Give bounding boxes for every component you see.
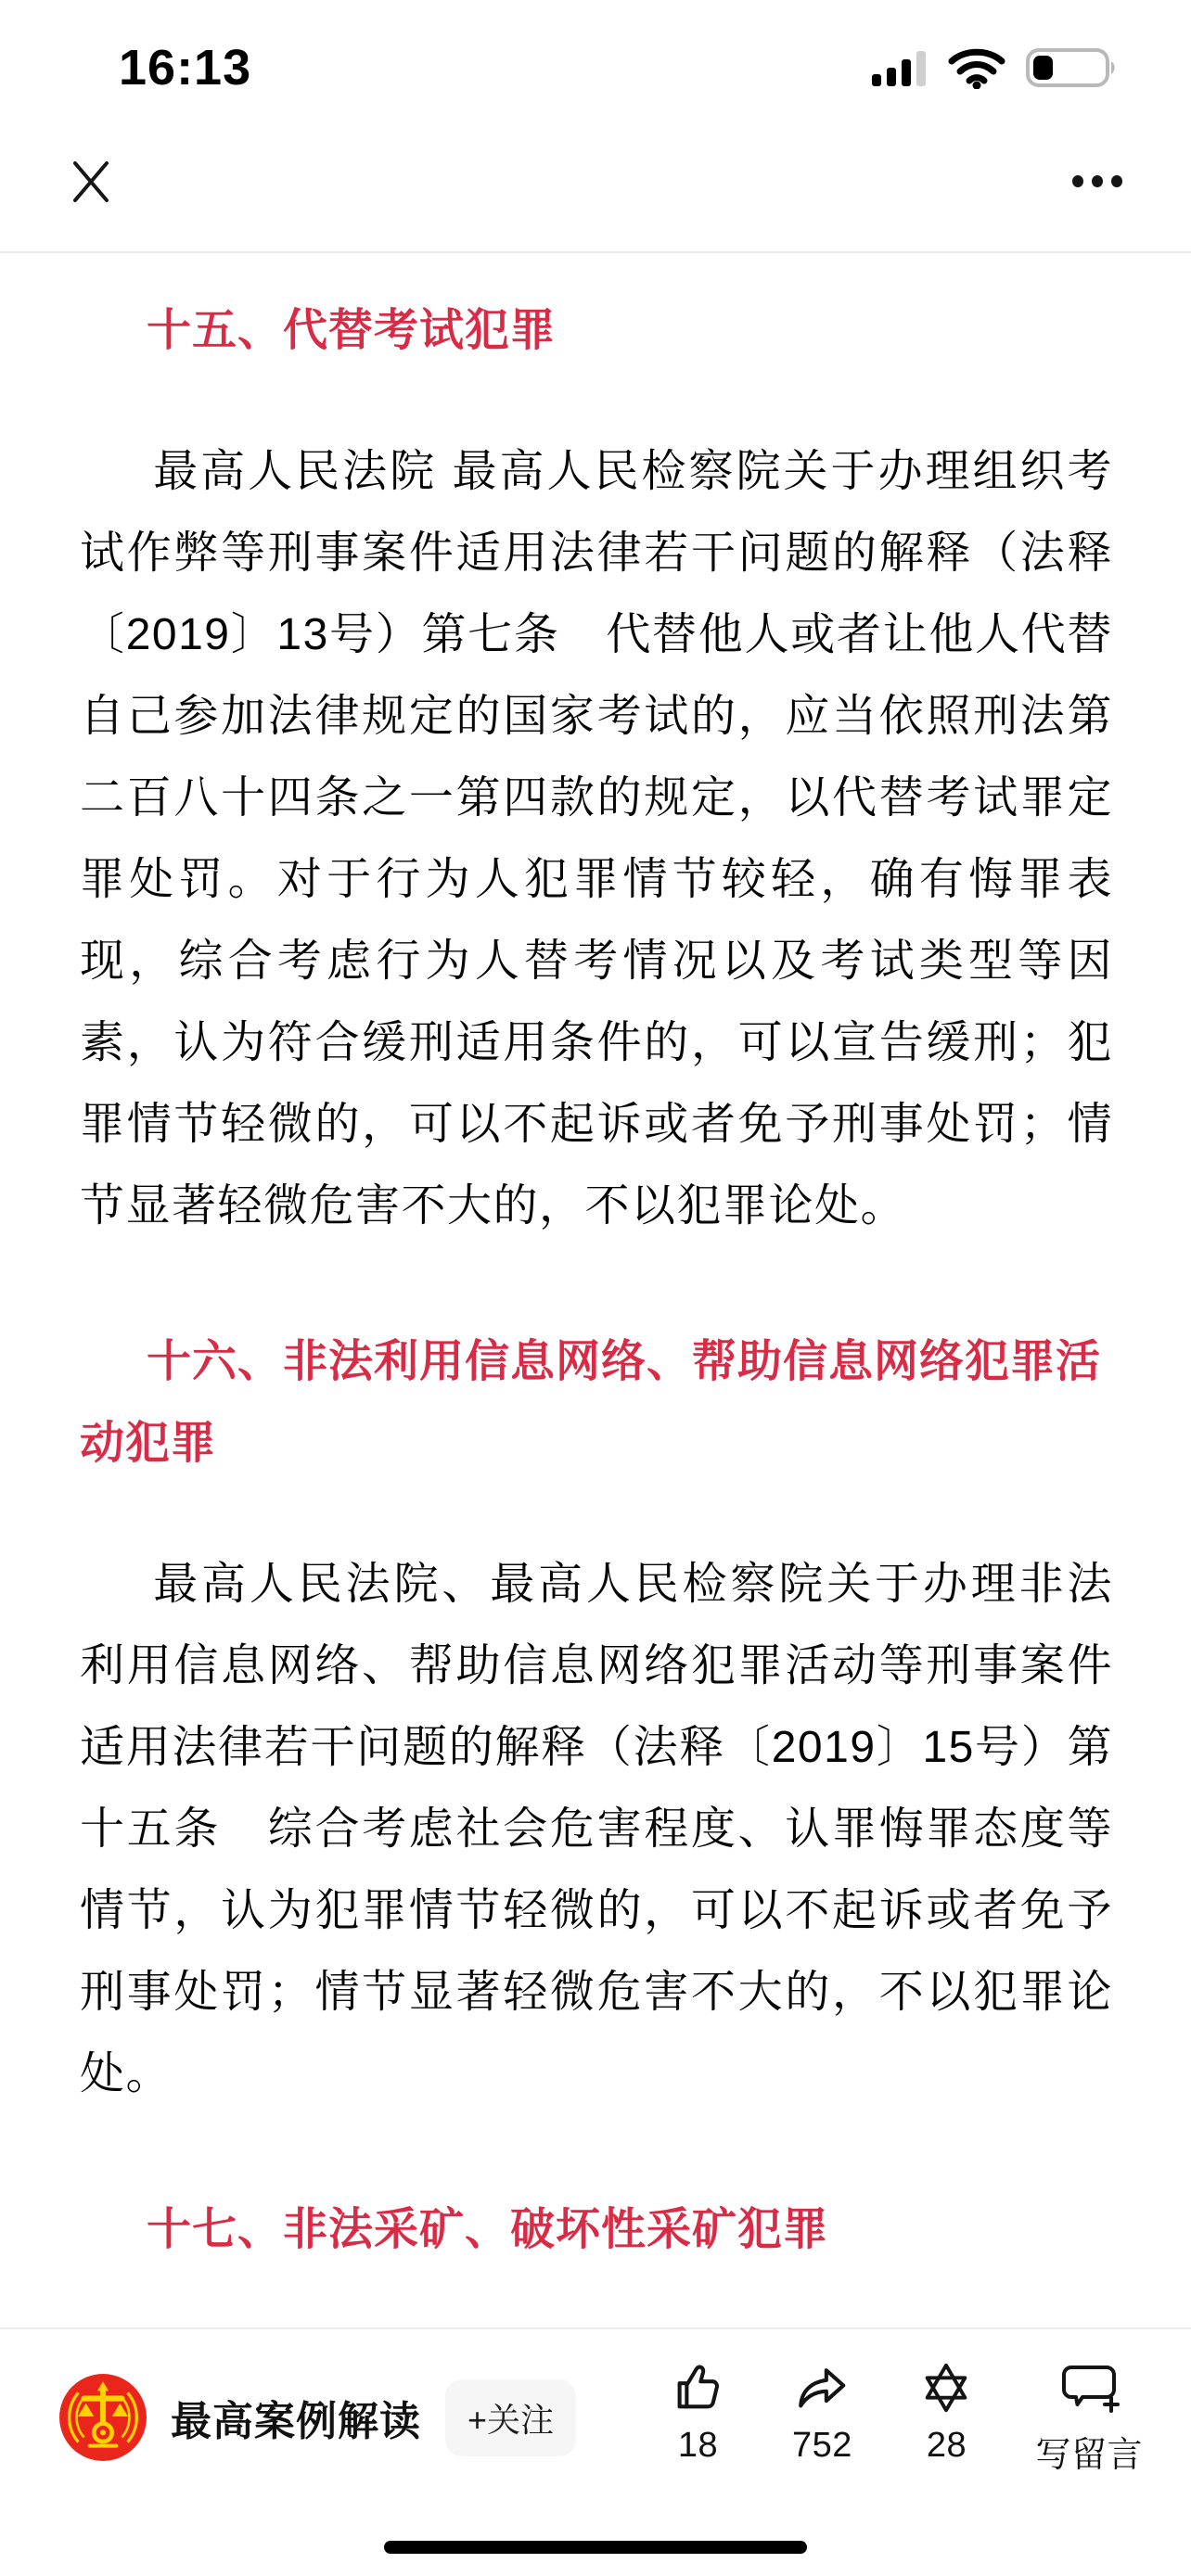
article-body: 十五、代替考试犯罪 最高人民法院 最高人民检察院关于办理组织考试作弊等刑事案件适…: [0, 290, 1191, 2271]
action-bar: 18 752 28: [662, 2359, 1143, 2477]
wifi-icon: [948, 46, 1005, 89]
section-paragraph-16: 最高人民法院、最高人民检察院关于办理非法利用信息网络、帮助信息网络犯罪活动等刑事…: [80, 1544, 1113, 2115]
section-heading-15: 十五、代替考试犯罪: [80, 290, 1113, 372]
more-button[interactable]: [1063, 166, 1132, 197]
thumbs-up-icon: [669, 2359, 726, 2417]
cellular-signal-icon: [872, 47, 928, 88]
wow-button[interactable]: 28: [911, 2359, 981, 2466]
nav-bar: [0, 111, 1191, 253]
close-button[interactable]: [59, 148, 122, 215]
section-paragraph-15: 最高人民法院 最高人民检察院关于办理组织考试作弊等刑事案件适用法律若干问题的解释…: [80, 431, 1113, 1247]
wechat-article-screen: 16:13: [0, 0, 1191, 2576]
footer-bar: 最高案例解读 +关注 18 752: [0, 2327, 1191, 2576]
comment-button[interactable]: 写留言: [1035, 2359, 1143, 2477]
account-avatar[interactable]: [58, 2372, 148, 2463]
ellipsis-icon: [1072, 175, 1122, 187]
like-button[interactable]: 18: [662, 2359, 733, 2466]
share-count: 752: [792, 2426, 852, 2466]
home-indicator[interactable]: [384, 2541, 807, 2554]
account-name[interactable]: 最高案例解读: [171, 2388, 421, 2447]
account-info: 最高案例解读 +关注: [58, 2372, 576, 2463]
comment-label: 写留言: [1035, 2426, 1143, 2477]
comment-plus-icon: [1058, 2359, 1120, 2417]
battery-icon: [1026, 46, 1119, 89]
share-arrow-icon: [793, 2359, 851, 2417]
follow-button[interactable]: +关注: [445, 2379, 576, 2456]
supreme-court-emblem-icon: [58, 2372, 148, 2463]
section-heading-17: 十七、非法采矿、破坏性采矿犯罪: [80, 2189, 1113, 2271]
status-bar: 16:13: [0, 0, 1191, 111]
share-button[interactable]: 752: [787, 2359, 857, 2466]
status-icons: [872, 46, 1119, 89]
status-time: 16:13: [119, 39, 251, 96]
section-heading-16: 十六、非法利用信息网络、帮助信息网络犯罪活动犯罪: [80, 1321, 1113, 1485]
wow-star-icon: [917, 2359, 975, 2417]
wow-count: 28: [927, 2426, 967, 2466]
like-count: 18: [678, 2426, 718, 2466]
close-icon: [69, 158, 113, 206]
